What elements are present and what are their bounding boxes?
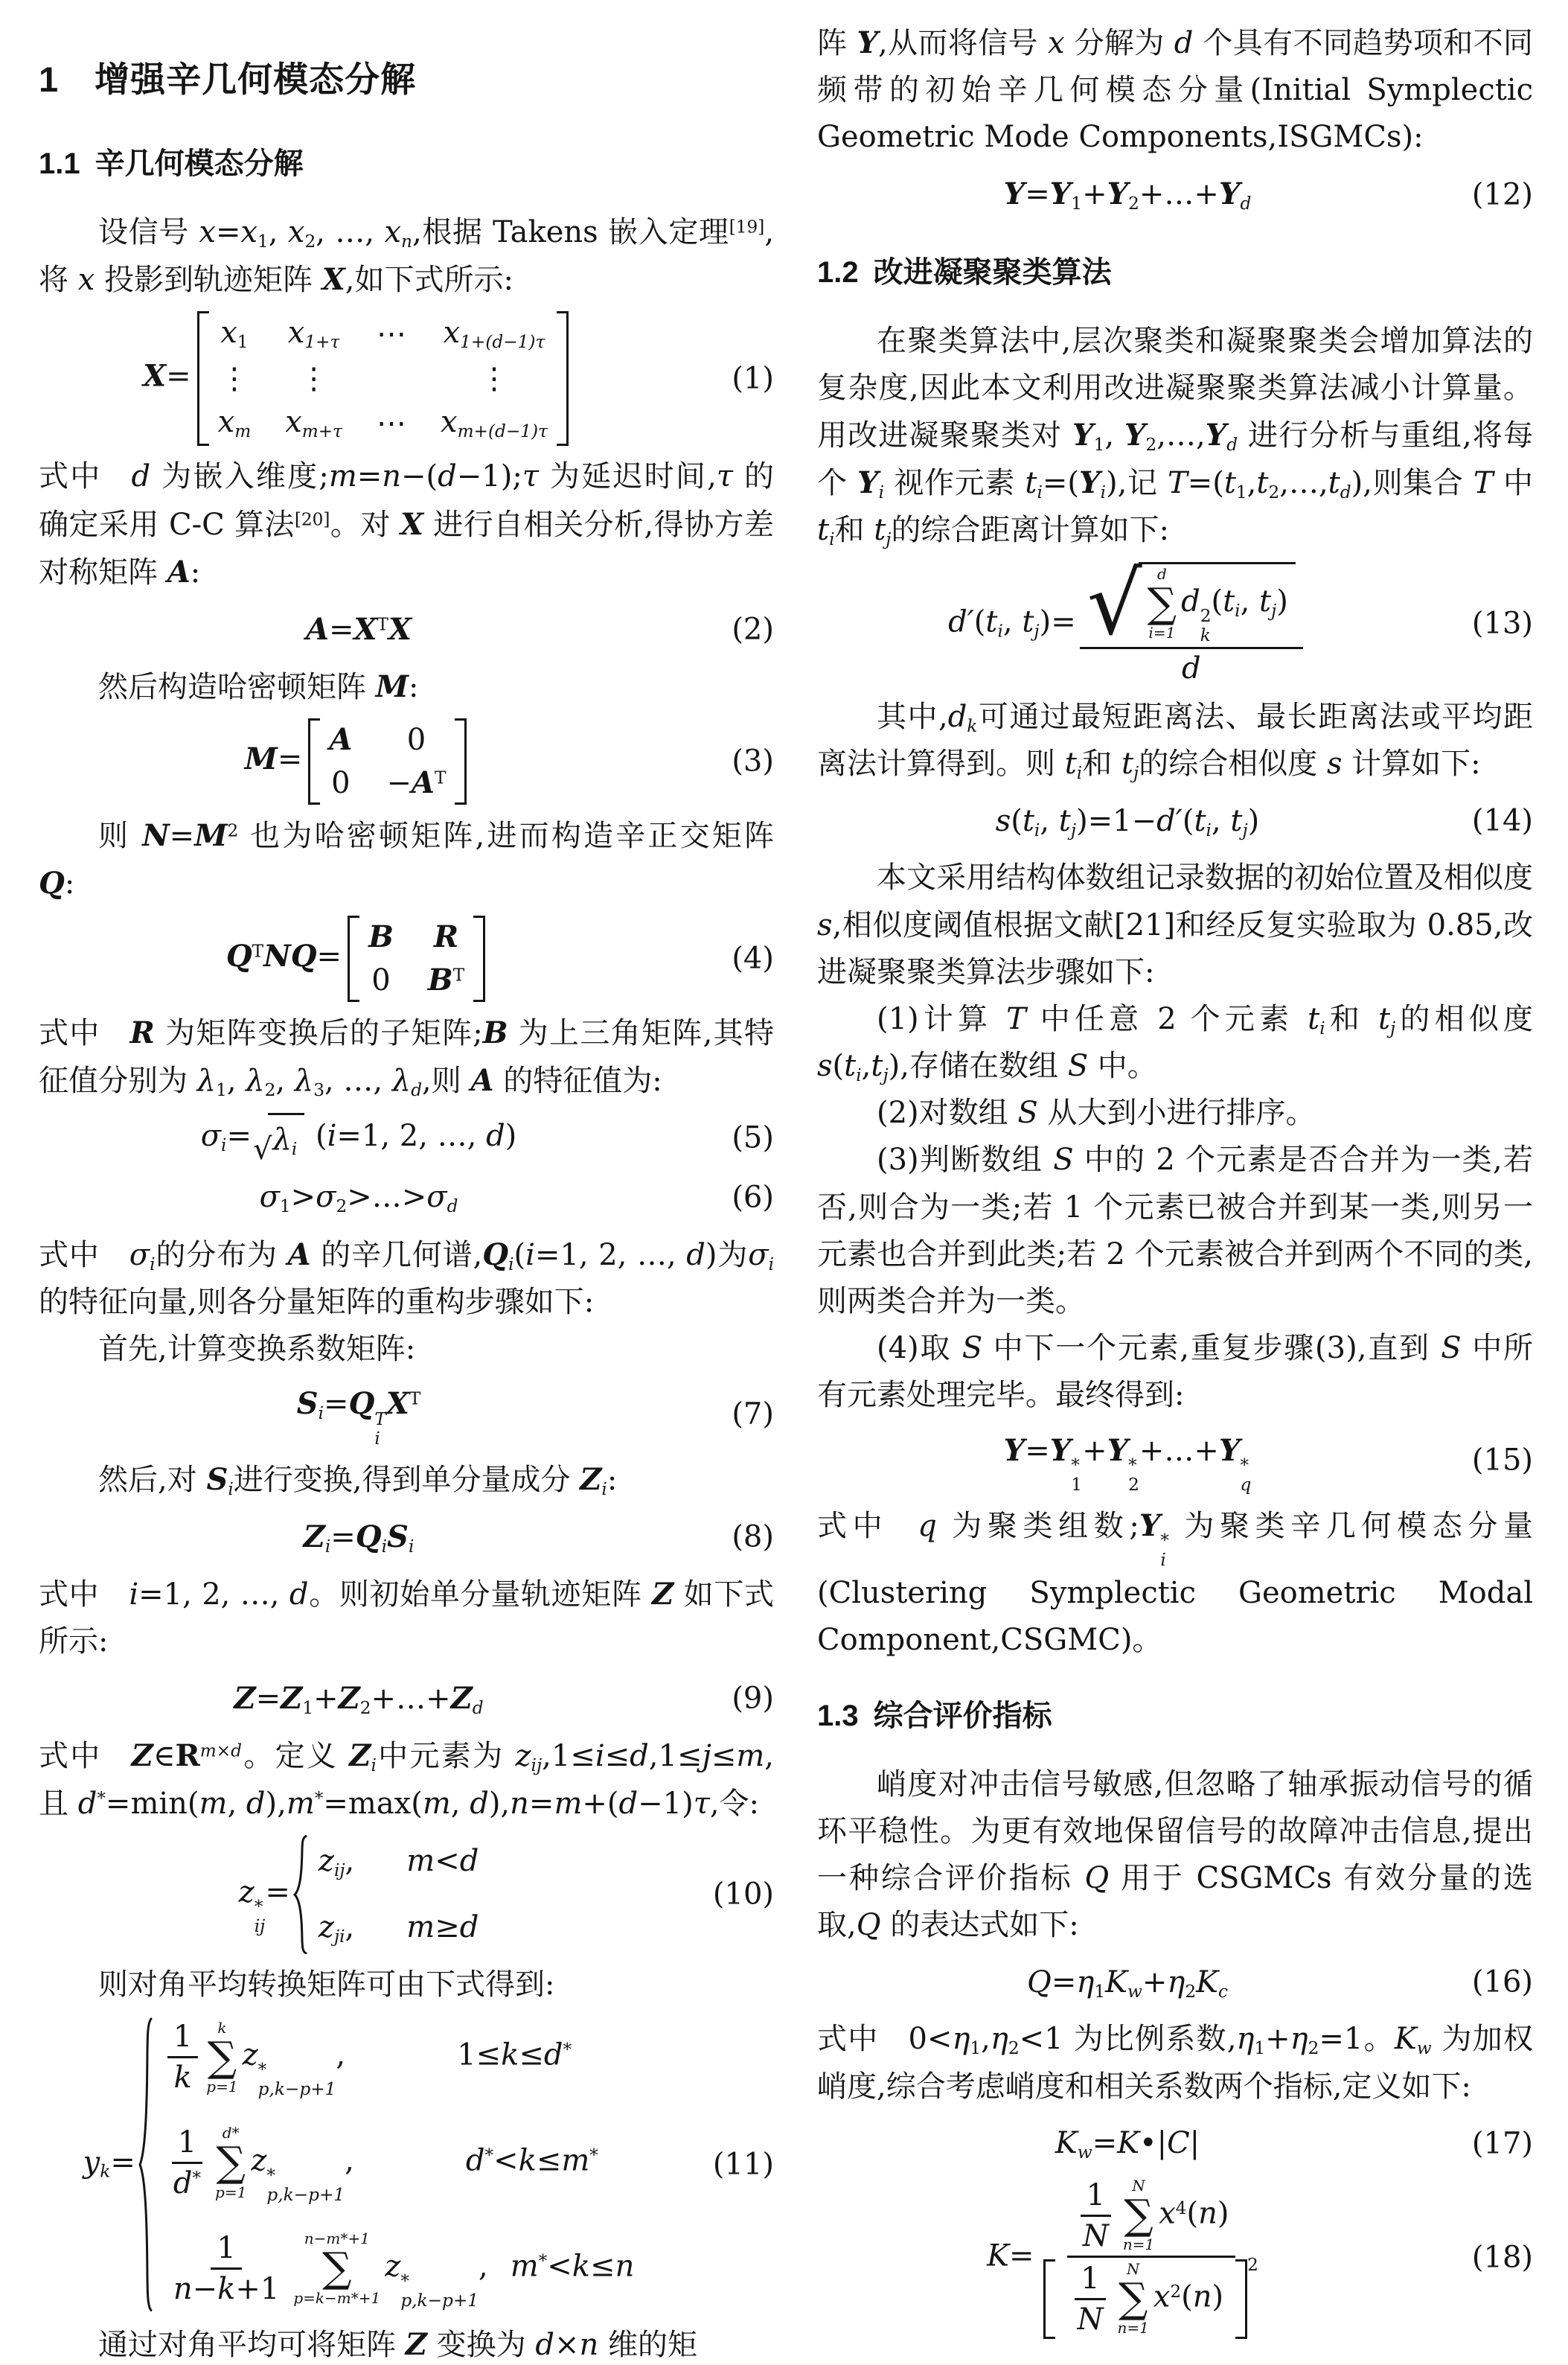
equation-label: (11) xyxy=(713,2141,774,2188)
math-token: 中下一个元素,重复步骤(3),直到 xyxy=(982,1331,1441,1365)
math-token: m+(d−1)τ xyxy=(458,421,548,441)
math-token: (4)取 xyxy=(877,1331,962,1365)
equation-1: X=x1x1+τ⋯x1+(d−1)τ⋮⋮⋮xmxm+τ⋯xm+(d−1)τ (1… xyxy=(39,311,774,446)
math-token: 为延迟时间, xyxy=(539,459,717,494)
math-token: * xyxy=(192,2168,201,2188)
equation-10: z*ij=zij,m<dzji,m≥d (10) xyxy=(39,1835,774,1954)
math-token: 1 xyxy=(1094,435,1105,455)
math-token: 1 xyxy=(211,2230,241,2270)
math-token: T xyxy=(409,1389,420,1409)
math-token: m xyxy=(329,459,357,494)
math-token: 计算如下: xyxy=(1342,747,1480,781)
math-token: i xyxy=(150,1254,155,1274)
math-token: x1x1+τ⋯x1+(d−1)τ⋮⋮⋮xmxm+τ⋯xm+(d−1)τ xyxy=(217,311,549,446)
paragraph: 阵 Y,从而将信号 x 分解为 d 个具有不同趋势项和不同频带的初始辛几何模态分… xyxy=(817,19,1533,162)
equation-16: Q=η1Kw+η2Kc (16) xyxy=(817,1956,1533,2008)
math-token: 2 xyxy=(1200,607,1212,626)
math-token: Y xyxy=(1219,176,1241,211)
math-token: m xyxy=(554,1787,582,1821)
math-token: 1 xyxy=(1075,2261,1105,2300)
math-token: i xyxy=(228,1479,233,1499)
math-token: +( xyxy=(582,1787,618,1821)
math-token: xm xyxy=(218,405,252,442)
math-token: Y xyxy=(1004,176,1025,211)
math-token: M xyxy=(245,741,278,776)
math-token: A xyxy=(288,1237,311,1272)
math-token: +…+ xyxy=(1139,1434,1219,1468)
paragraph: 设信号 x=x1, x2, …, xn,根据 Takens 嵌入定理[19],将… xyxy=(39,209,774,304)
math-token: x xyxy=(384,215,401,249)
math-token: s xyxy=(817,1049,833,1083)
equation-body: σ1>σ2>…>σd xyxy=(260,1174,458,1221)
paragraph: 式中 R 为矩阵变换后的子矩阵;B 为上三角矩阵,其特征值分别为 λ1, λ2,… xyxy=(39,1009,774,1105)
math-token: d∑i=1d2k(ti, tj) xyxy=(1139,562,1296,645)
math-token: − xyxy=(386,766,412,800)
math-token: 2 xyxy=(304,232,316,252)
math-token: 则 xyxy=(98,819,142,853)
math-token: zij,m<dzji,m≥d xyxy=(319,1835,479,1954)
math-token: d xyxy=(686,1238,705,1272)
math-token: *2 xyxy=(1128,1456,1139,1495)
math-token: NQ xyxy=(263,939,316,974)
math-token: t xyxy=(1256,466,1268,500)
math-token: 1kk∑p=1z*p,k−p+1,1≤k≤d*1d*d*∑p=1z*p,k−p+… xyxy=(138,2016,634,2314)
math-token: n xyxy=(382,459,401,494)
math-token: ) xyxy=(1212,2279,1224,2314)
math-token: <1 为比例系数, xyxy=(1020,2022,1237,2056)
math-token: = xyxy=(110,2145,135,2180)
paragraph: 然后构造哈密顿矩阵 M: xyxy=(39,663,774,711)
math-token: q xyxy=(1241,1475,1252,1495)
math-token: M xyxy=(376,669,409,704)
math-token: 2k xyxy=(1200,607,1212,645)
equation-3: M=A00−AT (3) xyxy=(39,718,774,805)
math-token: Q xyxy=(857,1908,881,1942)
math-token: 2 xyxy=(1170,2282,1181,2302)
math-token: x xyxy=(218,405,235,439)
math-token: 本文采用结构体数组记录数据的初始位置及相似度 xyxy=(877,861,1533,895)
math-token: k xyxy=(100,2162,110,2182)
math-token: , xyxy=(227,1064,246,1098)
math-token: λ xyxy=(295,1064,313,1098)
math-token: ( xyxy=(1211,584,1223,619)
math-token: 。则初始单分量轨迹矩阵 xyxy=(309,1577,653,1612)
math-token: = xyxy=(529,1787,554,1821)
math-token: n xyxy=(173,2272,193,2306)
paragraph: 式中 0<η1,η2<1 为比例系数,η1+η2=1。Kw 为加权峭度,综合考虑… xyxy=(817,2016,1533,2110)
math-token: + xyxy=(1082,1434,1107,1468)
paragraph: 式中 q 为聚类组数;Y*i 为聚类辛几何模态分量(Clustering Sym… xyxy=(817,1502,1533,1665)
math-token: ⋮ xyxy=(299,362,329,396)
math-token: √d∑i=1d2k(ti, tj) xyxy=(1080,562,1303,649)
math-token: S xyxy=(387,1519,409,1554)
equation-body: Kw=K•|C| xyxy=(1055,2120,1200,2167)
math-token: ,根据 Takens 嵌入定理 xyxy=(412,215,729,249)
math-token: ≤ xyxy=(590,2249,615,2283)
math-token: ⋮ xyxy=(479,362,509,396)
math-token: xm+(d−1)τ xyxy=(441,405,548,442)
math-token: m xyxy=(423,1787,451,1821)
math-token: , xyxy=(345,2144,354,2178)
math-token: 式中 xyxy=(39,1016,130,1050)
math-token: 1 xyxy=(1094,1982,1105,2002)
math-token: Q xyxy=(226,939,252,974)
math-token: 2 xyxy=(1308,2038,1319,2058)
math-token: R xyxy=(434,919,458,954)
math-token: S xyxy=(297,1386,319,1421)
equation-label: (3) xyxy=(732,738,774,785)
math-token: i xyxy=(374,1429,380,1449)
math-token: −1); xyxy=(457,459,522,494)
math-token: m xyxy=(511,2249,539,2283)
math-token: S xyxy=(1053,1143,1073,1177)
math-token: + xyxy=(1082,177,1107,211)
math-token: Q xyxy=(356,1519,382,1554)
math-token: , xyxy=(981,2022,991,2056)
math-token: * xyxy=(1071,1456,1080,1475)
math-token: n=1 xyxy=(1117,2320,1148,2337)
math-token: ), xyxy=(489,1787,510,1821)
paragraph: 峭度对冲击信号敏感,但忽略了轴承振动信号的循环平稳性。为更有效地保留信号的故障冲… xyxy=(817,1761,1533,1950)
math-token: A xyxy=(167,555,191,590)
math-token: BR0BT xyxy=(367,916,466,1002)
math-token: Y xyxy=(1050,1433,1072,1468)
math-token: 1+τ xyxy=(304,332,339,352)
math-token: , xyxy=(1212,804,1230,838)
equation-body: σi=√λi (i=1, 2, …, d) xyxy=(201,1113,517,1164)
math-token: 和 xyxy=(1325,1002,1378,1036)
math-token: ∑ xyxy=(322,2247,351,2289)
paragraph: 其中,dk可通过最短距离法、最长距离法或平均距离法计算得到。则 ti和 tj的综… xyxy=(817,694,1533,788)
math-token: K xyxy=(1196,1965,1218,1999)
math-token: = xyxy=(166,360,191,394)
math-token: ,相似度阈值根据文献[21]和经反复实验取为 0.85,改进凝聚聚类算法步骤如下… xyxy=(817,908,1533,989)
math-token: X xyxy=(143,359,166,394)
math-token: ∑ xyxy=(1148,583,1177,625)
math-token: m×d xyxy=(200,1741,242,1761)
math-token: *1 xyxy=(1071,1456,1082,1495)
equation-8: Zi=QiSi (8) xyxy=(39,1511,774,1563)
math-token: 1 xyxy=(217,2231,235,2265)
math-token: 1 xyxy=(1254,2038,1265,2058)
math-token: d xyxy=(1226,435,1238,455)
math-token: i xyxy=(1319,1018,1325,1038)
equation-label: (14) xyxy=(1472,798,1533,845)
math-token: ∑ xyxy=(216,2142,245,2183)
math-token: ,1≤ xyxy=(542,1739,595,1773)
math-token: B xyxy=(368,920,394,954)
math-token: t xyxy=(1308,1002,1319,1036)
math-token: ≤ xyxy=(605,1739,630,1773)
math-token: d xyxy=(630,1739,649,1773)
math-token: 的相似度 xyxy=(1395,1002,1533,1036)
paragraph: 本文采用结构体数组记录数据的初始位置及相似度 s,相似度阈值根据文献[21]和经… xyxy=(817,855,1533,996)
math-token: ( xyxy=(833,1049,845,1083)
math-token: Y xyxy=(1050,176,1072,211)
math-token: A00−AT xyxy=(308,718,467,805)
math-token: i xyxy=(1160,1551,1165,1570)
math-token: B xyxy=(483,1015,508,1050)
math-token: d xyxy=(411,1080,422,1100)
math-token: k xyxy=(967,716,977,736)
math-token: K xyxy=(987,2238,1009,2273)
math-token: zij,m<dzji,m≥d xyxy=(293,1835,479,1954)
math-token: x xyxy=(288,316,305,350)
math-token: *q xyxy=(1241,1456,1252,1495)
math-token: t xyxy=(1328,466,1340,500)
math-token: m+τ xyxy=(302,421,342,441)
equation-14: s(ti, tj)=1−d′(ti, tj) (14) xyxy=(817,795,1533,847)
math-token: d xyxy=(1176,649,1207,686)
math-token: d xyxy=(132,459,151,494)
math-token: 1+(d−1)τ xyxy=(460,332,545,352)
paragraph: (1)计算 T 中任意 2 个元素 ti和 tj的相似度 s(ti,tj),存储… xyxy=(817,996,1533,1090)
math-token: ),则集合 xyxy=(1351,466,1473,500)
math-token: 1 xyxy=(1087,2178,1105,2212)
equation-11: yk=1kk∑p=1z*p,k−p+1,1≤k≤d*1d*d*∑p=1z*p,k… xyxy=(39,2016,774,2314)
paragraph: 通过对角平均可将矩阵 Z 变换为 d×n 维的矩 xyxy=(39,2321,774,2365)
math-token: 1kk∑p=1z*p,k−p+1,1≤k≤d* xyxy=(164,2019,572,2099)
math-token: < xyxy=(435,1844,460,1878)
left-brace-icon xyxy=(138,2016,153,2314)
math-token: 1 xyxy=(1071,194,1082,214)
math-token: x1 xyxy=(220,316,248,353)
math-token: i xyxy=(371,1755,376,1775)
math-token: 的辛几何谱, xyxy=(311,1238,483,1272)
math-token: t xyxy=(1194,804,1206,838)
equation-label: (9) xyxy=(732,1676,774,1723)
math-token: ,…, xyxy=(1279,466,1328,500)
math-token: j xyxy=(883,1065,888,1085)
math-token: R xyxy=(130,1015,155,1050)
math-token: ⋯ xyxy=(377,317,406,351)
paragraph: 式中 i=1, 2, …, d。则初始单分量轨迹矩阵 Z 如下式所示: xyxy=(39,1571,774,1665)
math-token: 1 xyxy=(1071,1475,1082,1495)
math-token: * xyxy=(1160,1531,1169,1551)
math-token: d xyxy=(1182,651,1201,686)
math-token: i xyxy=(508,1254,513,1274)
math-token: d xyxy=(1181,584,1200,619)
math-token: λ xyxy=(246,1064,264,1098)
math-token: 1 xyxy=(1081,2262,1099,2296)
math-token: +1 xyxy=(235,2272,279,2306)
math-token: 然后构造哈密顿矩阵 xyxy=(98,670,376,704)
math-token: − xyxy=(193,2272,218,2306)
equation-label: (10) xyxy=(713,1871,774,1918)
math-token: √ xyxy=(1087,564,1142,645)
math-token: x xyxy=(199,215,216,249)
equation-4: QTNQ=BR0BT (4) xyxy=(39,916,774,1002)
math-token xyxy=(197,311,209,446)
math-token: n xyxy=(579,2328,598,2362)
math-token: ) xyxy=(1217,2196,1229,2230)
math-token: η xyxy=(1290,2022,1308,2056)
math-token: Y xyxy=(1124,418,1146,453)
math-token: Z xyxy=(406,2327,427,2362)
math-token: d xyxy=(460,1844,479,1878)
math-token: 的特征值为: xyxy=(494,1064,662,1098)
math-token: Y xyxy=(1206,418,1227,453)
math-token: Y xyxy=(1107,176,1129,211)
math-token: ⋮ xyxy=(220,362,249,396)
math-token: i xyxy=(525,1238,535,1272)
math-token: T xyxy=(252,941,263,961)
math-token: +…+ xyxy=(371,1682,451,1716)
math-token: t xyxy=(844,1049,856,1083)
math-token: = xyxy=(317,939,342,974)
math-token: t xyxy=(874,513,886,547)
math-token: | xyxy=(1190,2126,1200,2160)
math-token: S xyxy=(1068,1049,1088,1083)
math-token: ,从而将信号 xyxy=(878,26,1048,60)
math-token: x xyxy=(78,263,95,297)
math-token: w xyxy=(1417,2038,1432,2058)
math-token: x xyxy=(1159,2196,1176,2230)
equation-label: (12) xyxy=(1472,171,1533,218)
math-token: 变换为 xyxy=(427,2328,535,2362)
right-column: 阵 Y,从而将信号 x 分解为 d 个具有不同趋势项和不同频带的初始辛几何模态分… xyxy=(817,19,1533,2346)
math-token: i xyxy=(292,1139,297,1159)
math-token: *p,k−p+1 xyxy=(266,2166,345,2205)
math-token: d xyxy=(460,1910,479,1944)
math-token: = xyxy=(278,742,303,776)
math-token: + xyxy=(1265,2022,1290,2056)
math-token: 1 xyxy=(167,2019,198,2058)
math-token: 和 xyxy=(835,513,874,547)
equation-15: Y=Y*1+Y*2+…+Y*q (15) xyxy=(817,1427,1533,1495)
math-token: =( xyxy=(1188,466,1224,500)
math-token: : xyxy=(607,1463,617,1497)
paragraph: (2)对数组 S 从大到小进行排序。 xyxy=(817,1090,1533,1137)
math-token: 0 xyxy=(371,963,390,998)
math-token: ) xyxy=(1276,584,1288,619)
math-token: 1NN∑n=1x2(n)2 xyxy=(1037,2258,1264,2339)
equation-18: K=1NN∑n=1x4(n)1NN∑n=1x2(n)2 (18) xyxy=(817,2177,1533,2339)
math-token: = xyxy=(1052,1965,1077,1999)
math-token: •| xyxy=(1139,2126,1167,2160)
math-token: ≤ xyxy=(711,1739,737,1773)
math-token: T xyxy=(377,614,388,634)
math-token: τ xyxy=(694,1787,710,1821)
paragraph: 然后,对 Si进行变换,得到单分量成分 Zi: xyxy=(39,1456,774,1504)
math-token: =max( xyxy=(323,1787,422,1821)
math-token: + xyxy=(1142,1965,1168,1999)
math-token: X xyxy=(388,612,412,647)
math-token: [20] xyxy=(295,509,330,529)
math-token: 1 xyxy=(1081,2177,1111,2217)
math-token: =1, 2, …, xyxy=(138,1577,289,1612)
math-token: Y xyxy=(1079,465,1101,500)
equation-label: (13) xyxy=(1472,601,1533,648)
math-token: t xyxy=(1224,466,1236,500)
math-token: =1, 2, …, xyxy=(535,1238,686,1272)
math-token: = xyxy=(324,1387,349,1421)
math-token: ∑ xyxy=(1119,2278,1148,2320)
math-token: ij xyxy=(531,1755,543,1775)
math-token: A xyxy=(329,722,352,757)
math-token: ij xyxy=(255,1917,266,1936)
math-token: d xyxy=(466,2144,485,2178)
math-token: 也为哈密顿矩阵,进而构造辛正交矩阵 xyxy=(238,819,774,853)
math-token: √d∑i=1d2k(ti, tj) xyxy=(1087,562,1296,645)
math-token: BT xyxy=(428,963,464,998)
math-token: Z xyxy=(349,1738,371,1773)
math-token: 1 xyxy=(257,232,269,252)
math-token: −1) xyxy=(638,1787,694,1821)
math-token: Y xyxy=(1072,418,1094,453)
math-token: 则对角平均转换矩阵可由下式得到: xyxy=(98,1967,554,2002)
math-token: X xyxy=(322,262,345,297)
math-token: A00−AT xyxy=(327,718,447,805)
math-token: * xyxy=(97,1788,106,1808)
paragraph: 式中 Z∈Rm×d。定义 Zi中元素为 zij,1≤i≤d,1≤j≤m,且 d*… xyxy=(39,1732,774,1827)
math-token: , xyxy=(479,2249,488,2283)
math-token: i xyxy=(1037,482,1042,502)
math-token: x xyxy=(285,405,302,439)
math-token: ∈ xyxy=(153,1739,176,1773)
math-token: z xyxy=(239,1875,255,1909)
math-token: w xyxy=(1127,1982,1142,2002)
math-token: 的综合相似度 xyxy=(1139,747,1327,781)
math-token: 2 xyxy=(265,1080,276,1100)
math-token: , xyxy=(1003,604,1022,639)
equation-body: Y=Y1+Y2+…+Yd xyxy=(1004,170,1252,218)
math-token: 1 xyxy=(173,2020,192,2054)
equation-body: s(ti, tj)=1−d′(ti, tj) xyxy=(996,798,1260,845)
math-token: t xyxy=(1230,804,1242,838)
math-token: ⋯ xyxy=(377,406,406,441)
equation-body: K=1NN∑n=1x4(n)1NN∑n=1x2(n)2 xyxy=(987,2177,1268,2339)
math-token: 投影到轨迹矩阵 xyxy=(95,263,321,297)
math-token: ) xyxy=(1248,804,1260,838)
math-token: 2 xyxy=(1247,2255,1258,2276)
paragraph: 式中 d 为嵌入维度;m=n−(d−1);τ 为延迟时间,τ 的确定采用 C-C… xyxy=(39,453,774,596)
math-token: 1 xyxy=(302,1698,313,1718)
math-token: m xyxy=(406,1910,435,1944)
math-token: n xyxy=(510,1787,529,1821)
math-token: K xyxy=(1105,1965,1127,1999)
math-token: n−m*+1∑p=k−m*+1 xyxy=(293,2230,380,2306)
math-token: zij,m<d xyxy=(319,1838,479,1885)
math-token: p=1 xyxy=(206,2078,237,2096)
math-token: η xyxy=(991,2022,1008,2056)
subsection-heading-1-3: 1.3 综合评价指标 xyxy=(817,1697,1533,1734)
math-token: B xyxy=(428,963,453,998)
math-token xyxy=(455,718,467,805)
math-token: σ xyxy=(260,1180,280,1214)
math-token: d xyxy=(438,459,457,494)
math-token: 式中 xyxy=(39,1238,129,1272)
math-token: Y xyxy=(1219,1433,1241,1468)
math-token: 0 xyxy=(331,766,350,800)
math-token: * xyxy=(484,2145,493,2165)
math-token: * xyxy=(266,2166,275,2186)
math-token: 从大到小进行排序。 xyxy=(1038,1096,1316,1130)
math-token: 的分布为 xyxy=(156,1238,288,1272)
math-token: < xyxy=(547,2249,572,2283)
math-token: N xyxy=(1083,2219,1109,2253)
math-token: z xyxy=(319,1910,334,1944)
math-token: t xyxy=(1259,584,1271,619)
math-token: m xyxy=(736,1739,764,1773)
math-token: Z xyxy=(339,1681,360,1716)
math-token: Y xyxy=(857,465,879,500)
math-token: t xyxy=(1121,747,1133,781)
math-token: 的综合距离计算如下: xyxy=(892,513,1169,547)
math-token: + xyxy=(313,1682,339,1716)
math-token: T xyxy=(1473,466,1494,500)
math-token xyxy=(1043,2259,1055,2339)
